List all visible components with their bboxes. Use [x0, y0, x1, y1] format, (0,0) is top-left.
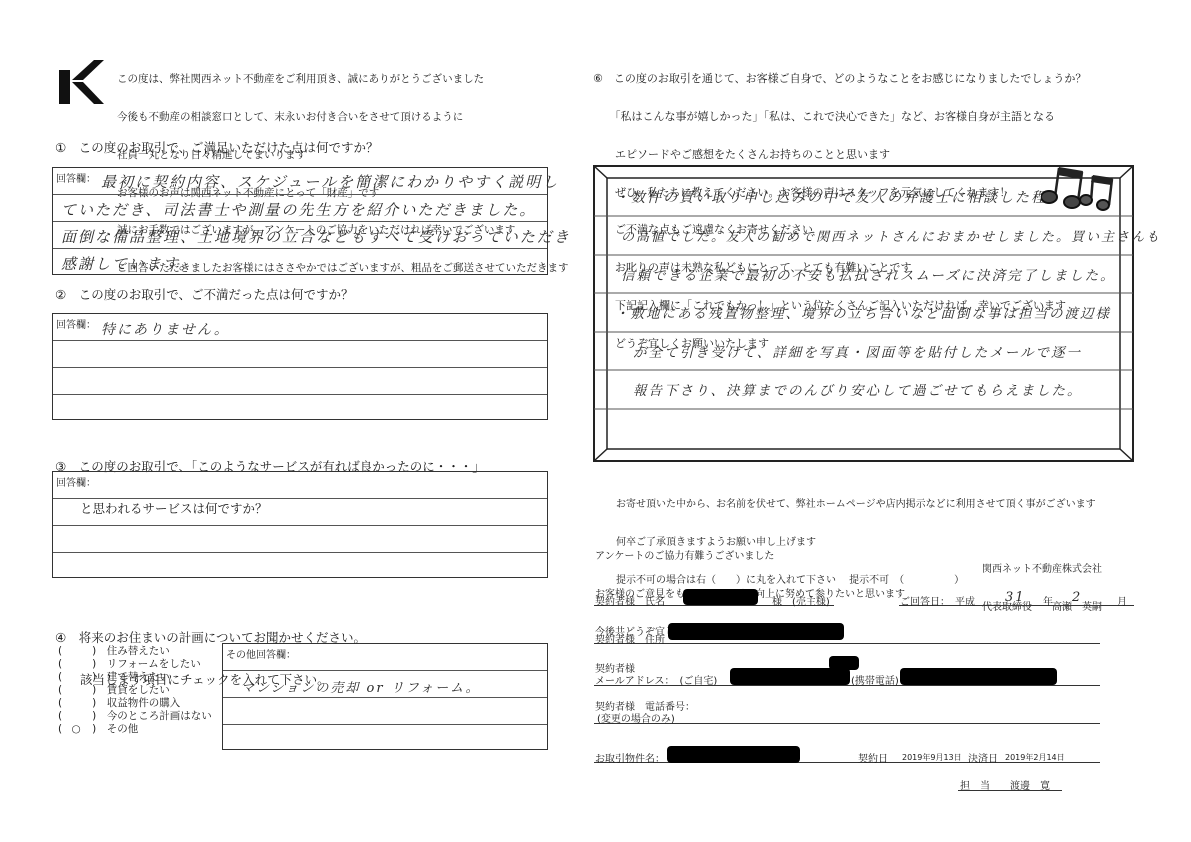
option-label: 今のところ計画はない	[107, 710, 212, 722]
intro-line: この度は、弊社関西ネット不動産をご利用頂き、誠にありがとうございました	[117, 73, 569, 86]
answer-month[interactable]: 2	[1072, 590, 1082, 605]
notice-line: お寄せ頂いた中から、お名前を伏せて、弊社ホームページや店内掲示などに利用させて頂…	[616, 499, 1096, 512]
month-label: 月	[1117, 593, 1127, 608]
name-suffix: 様 (売主様)	[772, 593, 830, 608]
email-label-2: メールアドレス： (ご自宅)	[595, 672, 717, 687]
k-logo-icon	[57, 58, 105, 106]
answer-date-label: ご回答日： 平成	[900, 593, 975, 608]
email-redacted-extra	[829, 656, 859, 670]
q4-options: () 住み替えたい () リフォームをしたい () 建て替えたい () 賃貸をし…	[58, 645, 212, 736]
thanks-line: アンケートのご協力有難うございました	[595, 551, 905, 564]
q6-answer-line: ・敷地にある残置物整理、境界の立ち合いなど面倒な事は担当の渡辺様	[615, 302, 1111, 322]
address-underline	[594, 643, 1100, 644]
q1-answer-line: 面倒な備品整理、土地境界の立合などもすべて受けおっていただき	[61, 226, 571, 247]
intro-line: 今後も不動産の相談窓口として、末永いお付き合いをさせて頂けるように	[117, 111, 569, 124]
name-redacted[interactable]	[683, 589, 758, 605]
contract-date-label: 契約日	[858, 750, 888, 765]
property-redacted[interactable]	[667, 746, 800, 763]
q2-question: ② この度のお取引で、ご不満だった点は何ですか？	[55, 288, 353, 302]
mobile-redacted[interactable]	[900, 668, 1057, 685]
company-name: 関西ネット不動産株式会社	[982, 564, 1102, 577]
q6-question-line: 「私はこんな事が嬉しかった」「私は、これで決心できた」など、お客様自身が主語とな…	[593, 111, 1086, 124]
q4-option[interactable]: () リフォームをしたい	[58, 658, 212, 671]
q6-question-line: ⑥ この度のお取引を通じて、お客様ご自身で、どのようなことをお感じになりましたで…	[593, 73, 1086, 86]
address-redacted[interactable]	[668, 623, 844, 640]
q4-option[interactable]: () 今のところ計画はない	[58, 710, 212, 723]
property-label: お取引物件名：	[595, 750, 665, 765]
q4-other-box[interactable]: その他回答欄： マンションの売却 or リフォーム。	[222, 643, 548, 750]
address-label: 契約者様 住所	[595, 631, 665, 646]
q1-answer-box[interactable]: 回答欄： 最初に契約内容、スケジュールを簡潔にわかりやすく説明し ていただき、司…	[52, 167, 548, 275]
q4-other-line: マンションの売却 or リフォーム。	[241, 677, 480, 696]
year-label: 年	[1043, 593, 1053, 608]
contract-date: 2019年9月13日	[902, 752, 962, 763]
q6-answer-line: 信頼できる企業で最初の不安も払拭されスムーズに決済完了しました。	[621, 264, 1116, 284]
name-label: 契約者様 氏名	[595, 593, 665, 608]
q2-answer-box[interactable]: 回答欄： 特にありません。	[52, 313, 548, 420]
q4-option[interactable]: (○) その他	[58, 723, 212, 736]
option-label: 賃貸をしたい	[107, 684, 170, 696]
email-redacted[interactable]	[730, 668, 850, 685]
q3-answer-box[interactable]: 回答欄：	[52, 471, 548, 578]
music-notes-icon	[1041, 163, 1121, 213]
q1-answer-line: ていただき、司法書士や測量の先生方を紹介いただきました。	[61, 199, 536, 220]
q1-question: ① この度のお取引で、ご満足いただけた点は何ですか？	[55, 141, 378, 155]
q6-answer-line: の高値でした。友人の勧めで関西ネットさんにおまかせしました。買い主さんも	[621, 226, 1161, 245]
option-label: リフォームをしたい	[107, 658, 201, 670]
settlement-label: 決済日	[968, 750, 998, 765]
staff-name: 担 当 渡邊 寛	[960, 777, 1050, 792]
q4-option[interactable]: () 収益物件の購入	[58, 697, 212, 710]
q4-option[interactable]: () 賃貸をしたい	[58, 684, 212, 697]
q1-answer-line: 感謝しています。	[61, 253, 196, 274]
phone-label-2: (変更の場合のみ)	[597, 710, 675, 725]
q6-answer-frame[interactable]: ・数件の買い取り申し込みの中で友人の弁護士に相談した程 の高値でした。友人の勧め…	[593, 165, 1134, 462]
option-label: 建て替えたい	[107, 671, 170, 683]
option-label: その他	[107, 723, 139, 735]
q6-answer-line: 報告下さり、決算までのんびり安心して過ごせてもらえました。	[633, 379, 1083, 399]
q6-answer-line: ・数件の買い取り申し込みの中で友人の弁護士に相談した程	[615, 187, 1047, 207]
settlement-date: 2019年2月14日	[1005, 752, 1065, 763]
q1-answer-line: 最初に契約内容、スケジュールを簡潔にわかりやすく説明し	[101, 171, 559, 192]
answer-year[interactable]: 31	[1005, 590, 1026, 605]
representative-name: 代表取締役 高瀬 英嗣	[982, 602, 1102, 615]
company-logo	[57, 58, 105, 106]
q6-answer-line: が全て引き受けて、詳細を写真・図面等を貼付したメールで逐一	[633, 341, 1082, 361]
option-label: 住み替えたい	[107, 645, 170, 657]
company-signature: 関西ネット不動産株式会社 代表取締役 高瀬 英嗣	[982, 538, 1102, 628]
q6-question-line: エピソードやご感想をたくさんお持ちのことと思います	[593, 149, 1086, 162]
option-mark: ○	[62, 723, 92, 736]
mobile-label: (携帯電話)	[851, 672, 899, 687]
q4-option[interactable]: () 建て替えたい	[58, 671, 212, 684]
q4-option[interactable]: () 住み替えたい	[58, 645, 212, 658]
q2-answer-line: 特にありません。	[101, 319, 230, 339]
option-label: 収益物件の購入	[107, 697, 181, 709]
